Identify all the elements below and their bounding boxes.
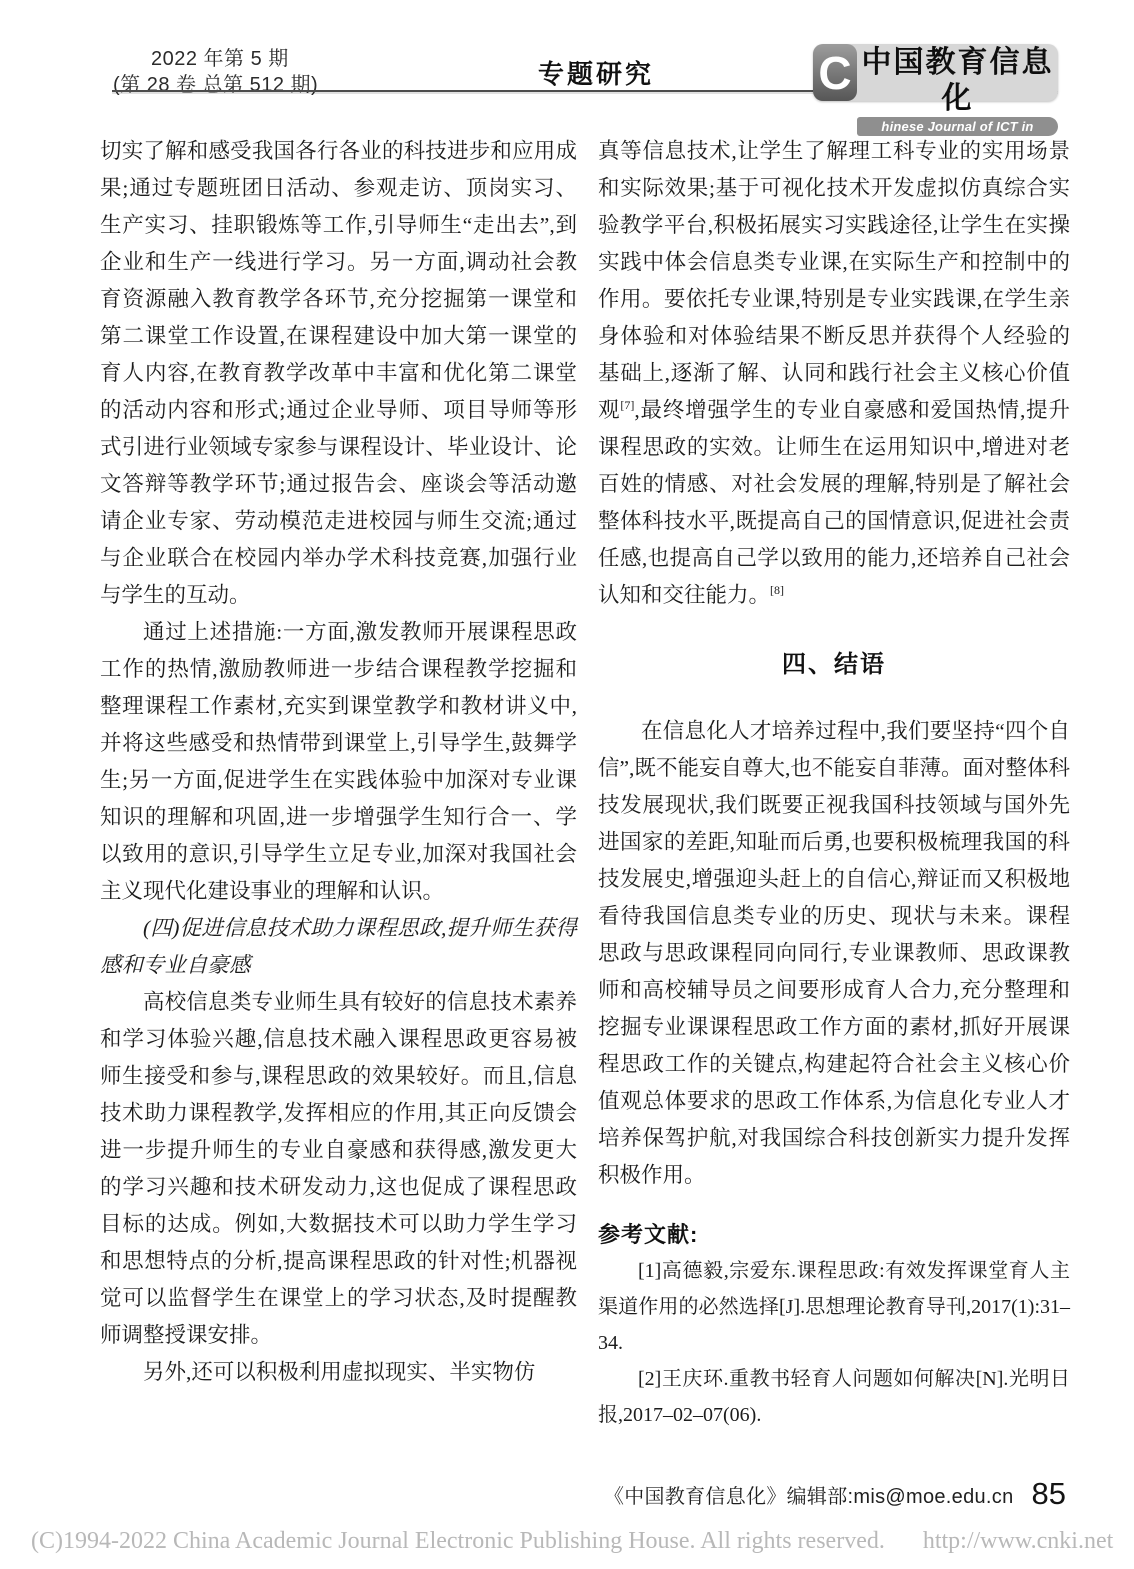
journal-logo: C 中国教育信息化 hinese Journal of ICT in Educa… — [813, 44, 1058, 101]
page-number: 85 — [1032, 1476, 1066, 1512]
volume-number: (第 28 卷 总第 512 期) — [113, 72, 318, 98]
copyright-url: http://www.cnki.net — [923, 1528, 1113, 1555]
journal-logo-initial: C — [813, 44, 857, 101]
journal-logo-titles: 中国教育信息化 hinese Journal of ICT in Educati… — [857, 44, 1058, 101]
column-section-title: 专题研究 — [538, 54, 654, 91]
body-paragraph: 高校信息类专业师生具有较好的信息技术素养和学习体验兴趣,信息技术融入课程思政更容… — [100, 984, 577, 1354]
body-paragraph: 真等信息技术,让学生了解理工科专业的实用场景和实际效果;基于可视化技术开发虚拟仿… — [598, 133, 1070, 614]
body-paragraph: 另外,还可以积极利用虚拟现实、半实物仿 — [100, 1354, 577, 1391]
conclusion-heading: 四、结语 — [598, 646, 1070, 683]
references-heading: 参考文献: — [598, 1216, 1070, 1253]
reference-item: [1]高德毅,宗爱东.课程思政:有效发挥课堂育人主渠道作用的必然选择[J].思想… — [598, 1253, 1070, 1361]
copyright-text: (C)1994-2022 China Academic Journal Elec… — [31, 1528, 885, 1555]
body-paragraph: 切实了解和感受我国各行各业的科技进步和应用成果;通过专题班团日活动、参观走访、顶… — [100, 133, 577, 614]
journal-page: 2022 年第 5 期 (第 28 卷 总第 512 期) 专题研究 C 中国教… — [0, 0, 1134, 1569]
right-column: 真等信息技术,让学生了解理工科专业的实用场景和实际效果;基于可视化技术开发虚拟仿… — [598, 133, 1070, 1433]
subsection-heading: (四)促进信息技术助力课程思政,提升师生获得感和专业自豪感 — [100, 910, 577, 984]
issue-number: 2022 年第 5 期 — [113, 46, 318, 72]
body-paragraph: 在信息化人才培养过程中,我们要坚持“四个自信”,既不能妄自尊大,也不能妄自菲薄。… — [598, 713, 1070, 1194]
left-column: 切实了解和感受我国各行各业的科技进步和应用成果;通过专题班团日活动、参观走访、顶… — [100, 133, 577, 1391]
page-footer: 《中国教育信息化》编辑部:mis@moe.edu.cn 85 — [604, 1476, 1066, 1512]
body-paragraph: 通过上述措施:一方面,激发教师开展课程思政工作的热情,激励教师进一步结合课程教学… — [100, 614, 577, 910]
editorial-contact: 《中国教育信息化》编辑部:mis@moe.edu.cn — [604, 1480, 1014, 1509]
copyright-line: (C)1994-2022 China Academic Journal Elec… — [31, 1528, 1113, 1555]
journal-title-chinese: 中国教育信息化 — [857, 44, 1058, 117]
reference-item: [2]王庆环.重教书轻育人问题如何解决[N].光明日报,2017–02–07(0… — [598, 1361, 1070, 1433]
